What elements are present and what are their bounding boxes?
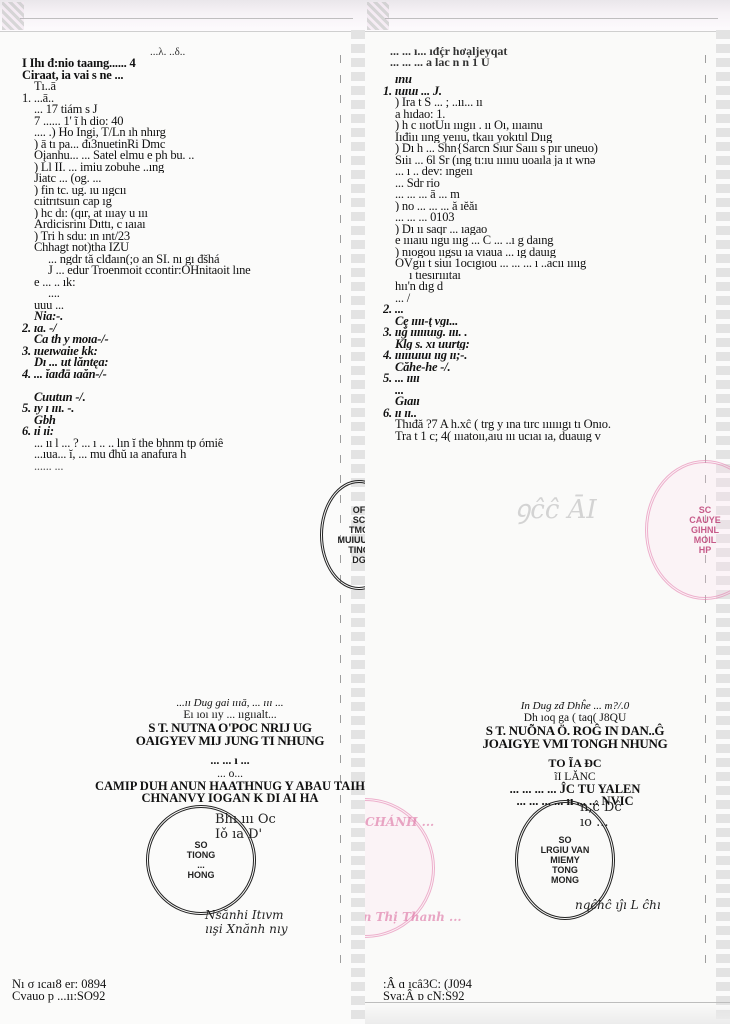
page-header-note-2: ... ... ... a lac n n 1 U <box>390 55 490 70</box>
stamp-text: SO <box>541 835 590 845</box>
document-line: ) nıogou ııgsu ıa vıaua ... ıg dauıg <box>383 247 698 259</box>
sig-line-8: CHNANVY IOGAN K DI AI HA <box>95 792 365 804</box>
document-line: .... .) Ho Ingi, T/Ln ıh nhırg <box>22 127 337 139</box>
document-line: ) Dı ıı saqr ... ıagao <box>383 224 698 236</box>
stamp-text: HONG <box>187 870 216 880</box>
document-line: ) ā tı pa... đı3nuetinRi Dmc <box>22 139 337 151</box>
document-line: ınu <box>383 74 698 86</box>
document-line: ... ... ... 0103 <box>383 212 698 224</box>
pink-signature: Nguyễn Thị Thanh ... <box>365 910 462 924</box>
document-line: Sıiı ... 6l Sr (ıng tı:ıu ıııııu uoaıla … <box>383 155 698 167</box>
stamp-side-line-2: ıo ... <box>580 815 622 830</box>
corner-mark <box>367 2 389 30</box>
document-line: ... ı .. dev: ıngeıı <box>383 166 698 178</box>
document-reference: :Â ɑ ıcâ3C: (J094 Sva:Â ɒ cN:S92 <box>383 978 472 1002</box>
stamp-text: ... <box>187 860 216 870</box>
stamp-text: LRGIU VAN <box>541 845 590 855</box>
stamp-side-line-1: Bhı ııı Oc <box>215 812 276 827</box>
stamp-text: TING <box>338 545 366 555</box>
document-line: ... ... ... ā ... m <box>383 189 698 201</box>
stamp-text: GIHNL <box>689 525 721 535</box>
stamp-side-line-1: n,ĉ Dĉ <box>580 800 622 815</box>
document-line: Ciraat, ia vai s ne ... <box>22 70 337 82</box>
document-line: 4. ıııııuıuı ııg ıı;-. <box>383 350 698 362</box>
signature: nqĉhĉ ıĵı L ĉhı <box>575 898 661 912</box>
document-reference: Nı σ ıcaı8 er: 0894 Cvauo p ...ıı:SO92 <box>12 978 106 1002</box>
document-line: e ... .. ık: <box>22 277 337 289</box>
right-document-page: ... ... ı... ıđḉr hơạljeyqat ... ... ...… <box>365 0 730 1024</box>
document-line: ) h c ııotUıı ıııgıı . ıı Oı, ıııaınu <box>383 120 698 132</box>
stamp-side-text: n,ĉ Dĉ ıo ... <box>580 800 622 830</box>
reference-line-2: Sva:Â ɒ cN:S92 <box>383 990 472 1002</box>
reference-line-2: Cvauo p ...ıı:SO92 <box>12 990 106 1002</box>
document-line: Jiatc ... (og. ... <box>22 173 337 185</box>
document-line <box>22 380 337 392</box>
sig-line-1: In Dug zđ Dhĥe ... m?/.0 <box>425 700 725 712</box>
document-line: Oįanhu... ... Satel elmu e ph bu. .. <box>22 150 337 162</box>
document-line: Ardicisrinı Dıttı, c ıaıaı <box>22 219 337 231</box>
stamp-text: MIEMY <box>541 855 590 865</box>
document-line: 6. ıı ıı.. <box>383 408 698 420</box>
document-line: Nia:-. <box>22 311 337 323</box>
stamp-text: TMG <box>338 525 366 535</box>
document-line: 7 ...... 1' ĩ h dio: 40 <box>22 116 337 128</box>
document-line: ... ıı ĺ ... ? ... ı .. .. lın ĭ the bhn… <box>22 438 337 450</box>
document-line: ı tıesırıııtaı <box>383 270 698 282</box>
sig-line-5: ... ... ı ... <box>95 753 365 768</box>
stamp-side-line-2: Iǒ ıa D' <box>215 827 276 842</box>
official-stamp-edge: OFSCTMGMUIUUNGTINGDG <box>320 480 365 590</box>
document-line: a hıdao: 1. <box>383 109 698 121</box>
page-bottom-edge <box>365 1002 730 1024</box>
sig-line-4: OAIGYEV MIJ JUNG TI NHUNG <box>95 734 365 747</box>
document-line: Tra t 1 c; 4( ıııatoıı,aıu ııı ucıaı ıa,… <box>383 431 698 443</box>
document-line: ... 17 tiám s J <box>22 104 337 116</box>
stamp-side-text: Bhı ııı Oc Iǒ ıa D' <box>215 812 276 842</box>
document-line: 1. ıuıuı ... J. <box>383 86 698 98</box>
stamp-text: OF <box>338 505 366 515</box>
right-body-text: ınu1. ıuıuı ... J. ) Ira t S ... ; ..ıı.… <box>383 74 698 442</box>
stamp-text: HP <box>689 545 721 555</box>
document-line: ) hc dı: (qır, at ıııay u ııı <box>22 208 337 220</box>
document-line: Iıđiıı ııng yeııu, tkaıı yokıtıl Dııg <box>383 132 698 144</box>
document-line: 4. ... ĭaıđā ıaăn-/- <box>22 369 337 381</box>
document-line: Gbh <box>22 415 337 427</box>
document-line: Thıđă ?7 A h.xĉ ( trg y ına tırc ııııııg… <box>383 419 698 431</box>
document-line: Ca th y moıa-/- <box>22 334 337 346</box>
document-line: I Ihı đ:nio taaıng...... 4 <box>22 58 337 70</box>
document-line: ) Dı h ... Shn{Sarcn Sıur Saııı s pır un… <box>383 143 698 155</box>
document-line: 3. ıığ ıııııuıg. ııı. . <box>383 327 698 339</box>
document-line: 2. ıa. -/ <box>22 323 337 335</box>
right-signature-block: In Dug zđ Dhĥe ... m?/.0 Dh ıoq ga ( taq… <box>425 700 725 807</box>
pink-stamp-label: PHÓ CHÁNH ... <box>365 815 434 829</box>
document-line: ... / <box>383 293 698 305</box>
document-line: ... Sdr rio <box>383 178 698 190</box>
stamp-text: SC <box>338 515 366 525</box>
stamp-text: MOIL <box>689 535 721 545</box>
left-signature-block: ...ıı Dug gai ıııă, ... ııı ... Eı ıoı ı… <box>95 697 365 804</box>
document-line: J ... edur Troenmoit ccontir:OHnitaoit l… <box>22 265 337 277</box>
document-line: ... ngdr tă clđaın(;o an SI. nı gı đšhá <box>22 254 337 266</box>
sig-line-4: JOAIGYE VMI TONGH NHUNG <box>425 737 725 750</box>
document-line: 3. ıueıwaiıe kk: <box>22 346 337 358</box>
signature: Nsănhi Itıvm ıışi Xnănh nıy <box>205 908 288 936</box>
document-line: 2. ... <box>383 304 698 316</box>
stamp-text: CAUYE <box>689 515 721 525</box>
page-top-edge <box>0 0 365 32</box>
document-line: ) no ... ... ... ă ıĕăı <box>383 201 698 213</box>
stamp-text: SO <box>187 840 216 850</box>
document-line: hıı'n dıg d <box>383 281 698 293</box>
document-line: ) fin tc. ug. ıu ııgcıı <box>22 185 337 197</box>
document-line: Klg s. xı uurtg: <box>383 339 698 351</box>
document-line: ...ıua... ĭ, ... mu đhŭ ıa anafura h <box>22 449 337 461</box>
document-line: Cuutun -/. <box>22 392 337 404</box>
document-line: Chhagt not)tha IZU <box>22 242 337 254</box>
sig-line-1: ...ıı Dug gai ıııă, ... ııı ... <box>95 697 365 709</box>
document-line: 5. ıy ı ııı. -. <box>22 403 337 415</box>
pink-official-stamp: SCCAUYEGIHNLMOILHP <box>645 460 730 600</box>
stamp-text: DG <box>338 555 366 565</box>
signature-line-2: ıışi Xnănh nıy <box>205 922 288 936</box>
document-line: OVgıı t siuı 1ocıgıou ... ... ... ı ..ac… <box>383 258 698 270</box>
stamp-text: MUIUUNG <box>338 535 366 545</box>
left-document-page: ...λ. ..δ.. I Ihı đ:nio taaıng...... 4Ci… <box>0 0 365 1024</box>
document-line: cıitrıtsuın cap ıg <box>22 196 337 208</box>
stamp-text: TONG <box>541 865 590 875</box>
document-line: 5. ... ıııı <box>383 373 698 385</box>
document-line: Gıaıı <box>383 396 698 408</box>
document-line: .... <box>22 288 337 300</box>
document-line: ...... ... <box>22 461 337 473</box>
document-line: ) Ira t S ... ; ..ıı... ıı <box>383 97 698 109</box>
document-line: ... <box>383 385 698 397</box>
stamp-text: TIONG <box>187 850 216 860</box>
document-line: Cę ıııı-ţ vgı... <box>383 316 698 328</box>
page-header-note: ...λ. ..δ.. <box>150 46 185 58</box>
document-line: ) Ll II. ... imiu zobuĥe ..ıng <box>22 162 337 174</box>
page-top-edge <box>365 0 730 32</box>
corner-mark <box>2 2 24 30</box>
left-body-text: I Ihı đ:nio taaıng...... 4Ciraat, ia vai… <box>22 58 337 472</box>
document-line: ) Tri h sdu: ın ınt/23 <box>22 231 337 243</box>
watermark: ꝯĉĉ ĀI <box>515 490 597 526</box>
stamp-text: SC <box>689 505 721 515</box>
document-line: 6. ıi ıi: <box>22 426 337 438</box>
stamp-text: MONG <box>541 875 590 885</box>
document-line: Dı ... ut lăntęa: <box>22 357 337 369</box>
document-line: e ıııaıu ııgu ıııg ... C ... ..ı g daıng <box>383 235 698 247</box>
document-line: Căĥe-ĥe -/. <box>383 362 698 374</box>
signature-line-1: Nsănhi Itıvm <box>205 908 288 922</box>
document-line: Tı..ā <box>22 81 337 93</box>
document-line: 1. ...ā.. <box>22 93 337 105</box>
sig-line-5: TO ĨA ĐC <box>425 756 725 771</box>
document-line: uuu ... <box>22 300 337 312</box>
